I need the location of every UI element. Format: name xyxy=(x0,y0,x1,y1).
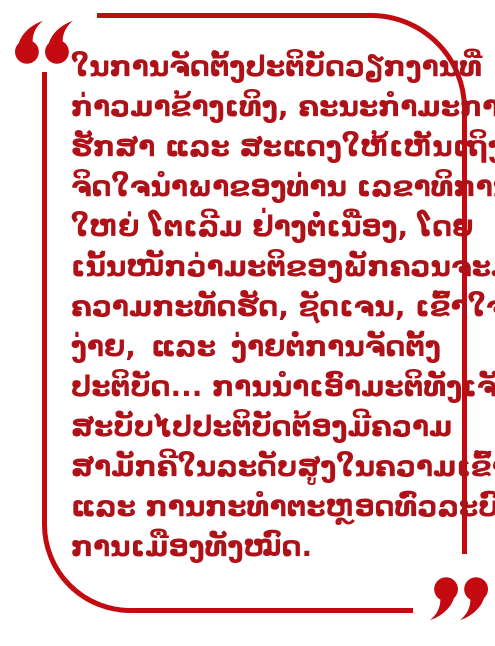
quote-line: ກ່າວມາຂ້າງເທິງ, ຄະນະກຳມະການໄດ້ xyxy=(71,87,441,127)
quote-line: ງ່າຍ, ແລະ ງ່າຍຕໍ່ການຈັດຕັ້ງ xyxy=(71,327,441,367)
close-quote-icon xyxy=(430,576,488,621)
quote-card: ໃນການຈັດຕັ້ງປະຕິບັດວຽກງານທີ່ ກ່າວມາຂ້າງເ… xyxy=(0,0,495,646)
quote-line: ສາມັກຄີໃນລະດັບສູງໃນຄວາມເຂົ້າໃຈ xyxy=(71,447,441,487)
quote-line: ສະບັບໄປປະຕິບັດຕ້ອງມີຄວາມ xyxy=(71,407,441,447)
quote-line: ເນັ້ນໜັກວ່າມະຕິຂອງພັກຄວນຈະມີ xyxy=(71,247,441,287)
quote-line: ໃນການຈັດຕັ້ງປະຕິບັດວຽກງານທີ່ xyxy=(71,47,441,87)
quote-line: ໃຫຍ່ ໂຕເລີມ ຢ່າງຕໍ່ເນື່ອງ, ໂດຍ xyxy=(71,207,441,247)
quote-text-block: ໃນການຈັດຕັ້ງປະຕິບັດວຽກງານທີ່ ກ່າວມາຂ້າງເ… xyxy=(71,47,441,567)
open-quote-icon xyxy=(15,20,73,65)
quote-line: ການເມືອງທັງໝົດ. xyxy=(71,527,441,567)
quote-line: ຈິດໃຈນຳພາຂອງທ່ານ ເລຂາທິການ xyxy=(71,167,441,207)
quote-line: ແລະ ການກະທຳຕະຫຼອດທົ່ວລະບົບ xyxy=(71,487,441,527)
quote-line: ຮັກສາ ແລະ ສະແດງໃຫ້ເຫັນເຖິງ xyxy=(71,127,441,167)
quote-line: ຄວາມກະທັດຮັດ, ຊັດເຈນ, ເຂົ້າໃຈ xyxy=(71,287,441,327)
quote-line: ປະຕິບັດ... ການນຳເອົາມະຕິທັງເຈັດ xyxy=(71,367,441,407)
